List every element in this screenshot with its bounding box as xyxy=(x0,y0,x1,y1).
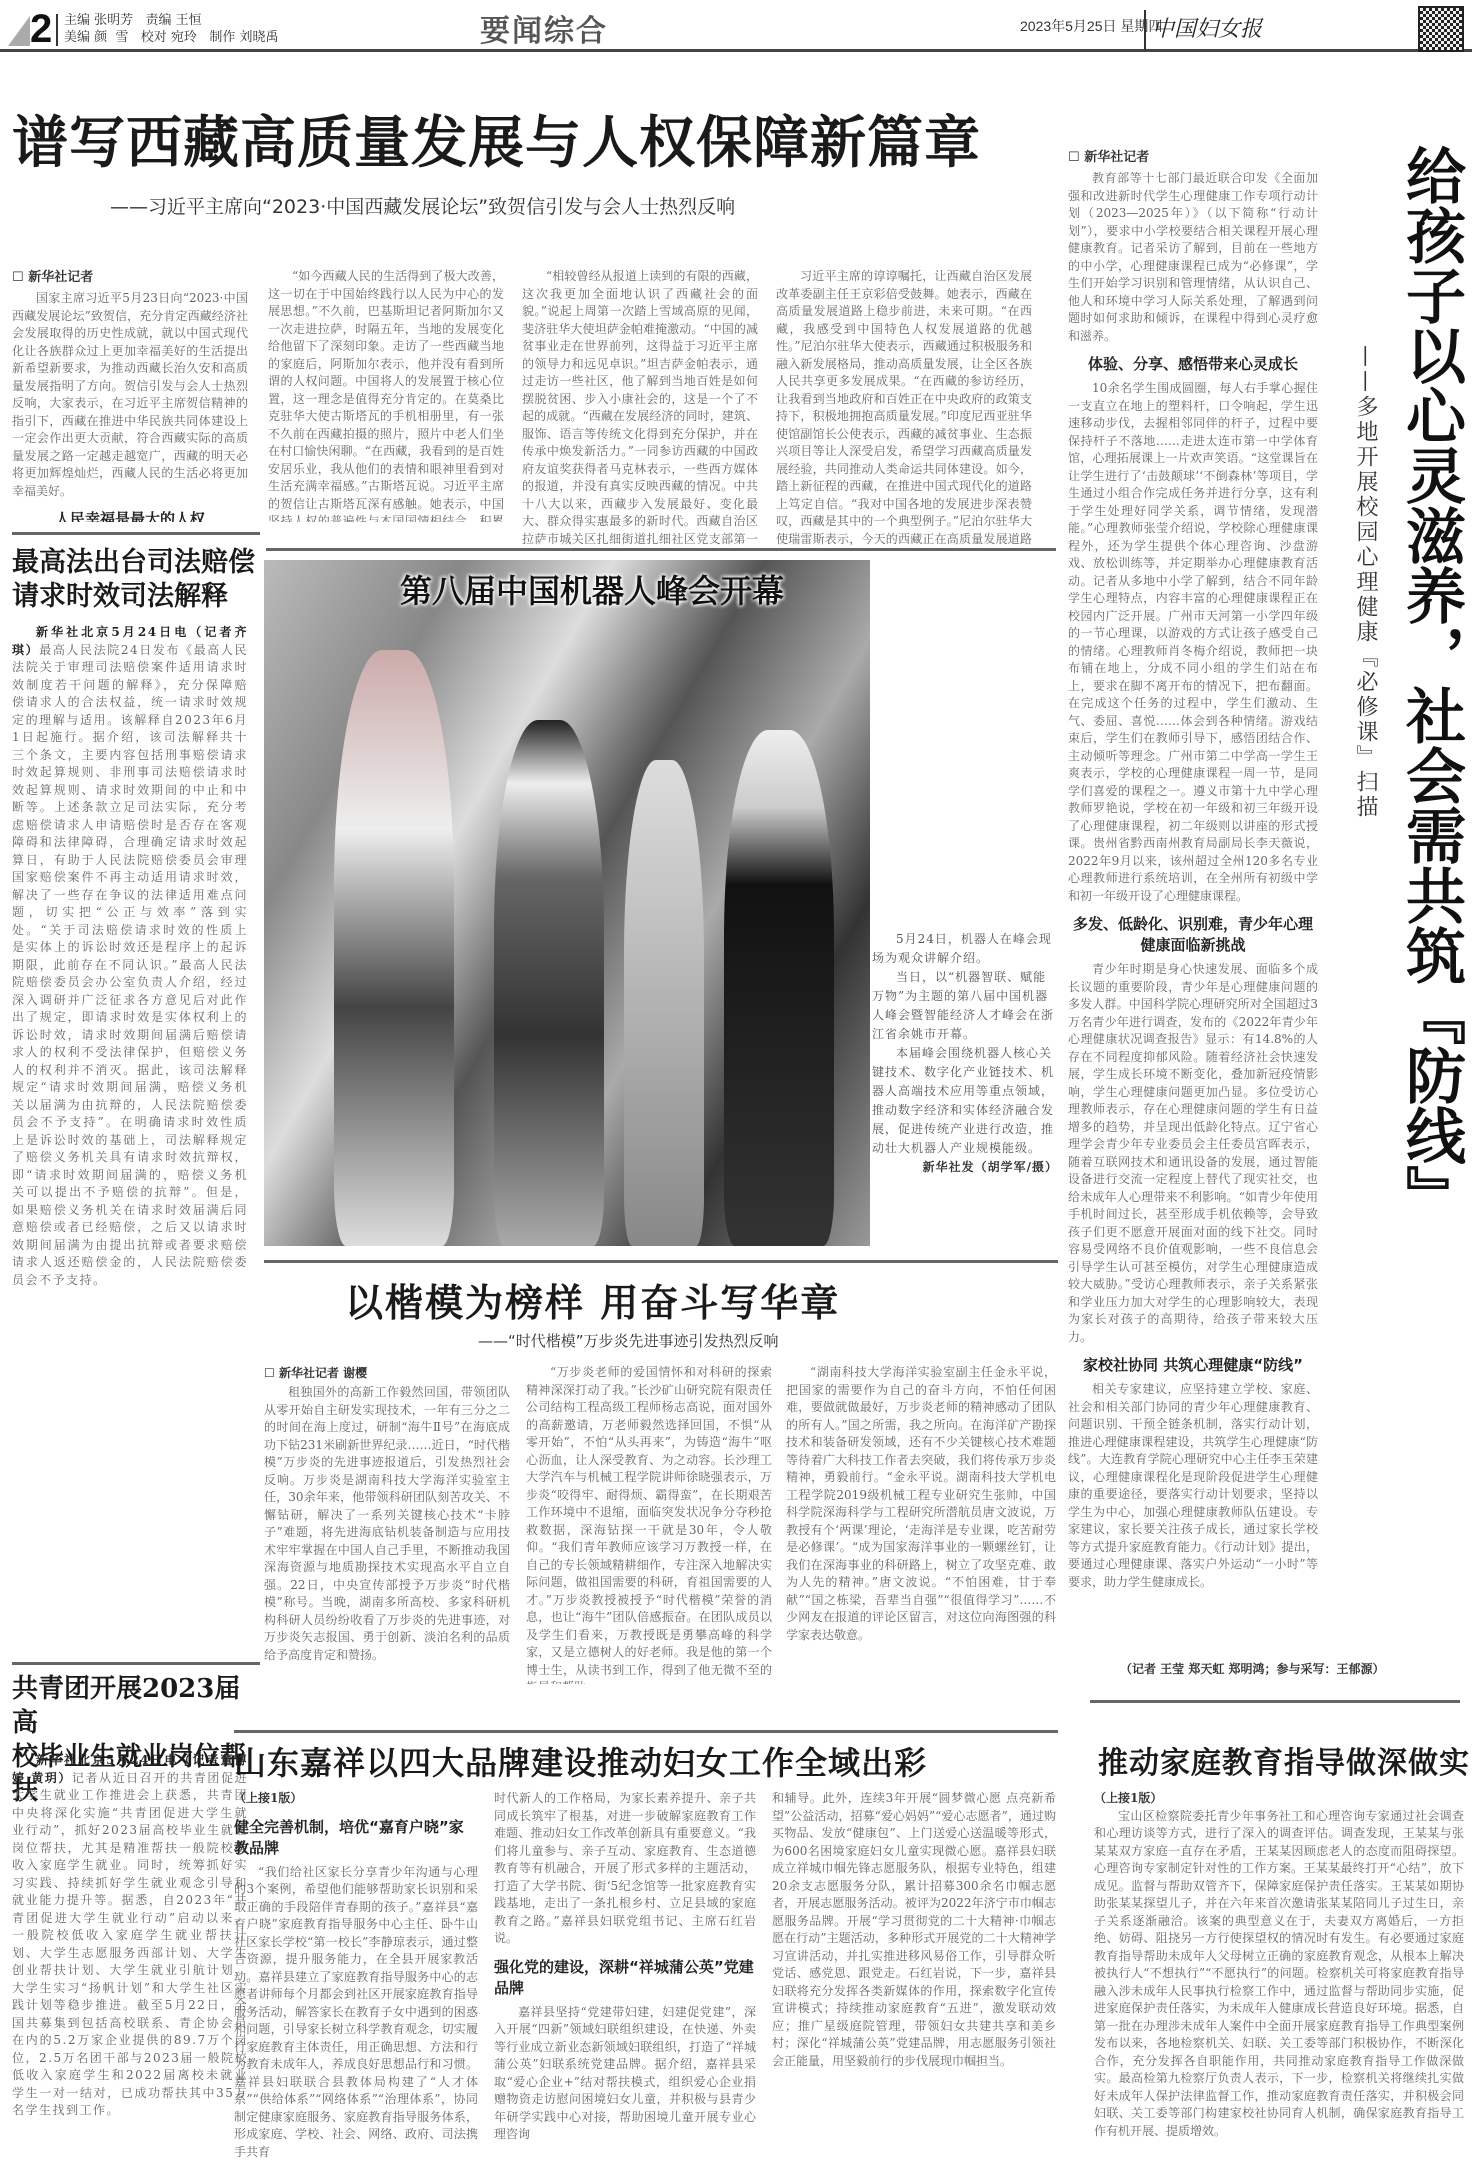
court-headline: 最高法出台司法赔偿请求时效司法解释 xyxy=(12,546,260,614)
lead-column-4: 习近平主席的谆谆嘱托，让西藏自治区发展改革委副主任王京彩倍受鼓舞。她表示，西藏在… xyxy=(776,268,1032,546)
side-vertical-headline: 给孩子以心灵滋养，社会需共筑『防线』 xyxy=(1400,145,1462,1245)
family-story-body: （上接1版） 宝山区检察院委托青少年事务社工和心理咨询专家通过社会调查和心理访谈… xyxy=(1094,1790,1464,2160)
model-column-1: 租独国外的高新工作毅然回国，带领团队从零开始自主研发实现技术，一年有三分之二的时… xyxy=(264,1384,510,1684)
robot-photo-caption: 5月24日，机器人在峰会现场为观众讲解介绍。 当日，以“机器智联、赋能万物”为主… xyxy=(872,930,1058,1177)
youth-story-body: 新华社北京5月24日电（记者董博婷 黄玥）记者从近日召开的共青团促进大学生就业工… xyxy=(12,1752,248,2156)
side-byline: ☐ 新华社记者 xyxy=(1068,146,1149,165)
jiaxiang-column-2: 时代新人的工作格局，为家长素养提升、亲子共同成长筑牢了根基，对进一步破解家庭教育… xyxy=(494,1790,756,2160)
side-credits: （记者 王莹 郑天虹 郑明鸿；参与采写：王郁源） xyxy=(1120,1660,1385,1677)
lead-headline: 谱写西藏高质量发展与人权保障新篇章 xyxy=(12,108,1062,178)
visitor-figure xyxy=(724,730,834,1246)
side-vertical-subheadline: ——多地开展校园心理健康『必修课』扫描 xyxy=(1350,345,1381,825)
model-subheadline: ——“时代楷模”万步炎先进事迹引发热烈反响 xyxy=(478,1330,779,1351)
divider xyxy=(12,532,260,535)
jiaxiang-column-1: （上接1版） 健全完善机制，培优“嘉育户晓”家教品牌 “我们给社区家长分享青少年… xyxy=(234,1790,478,2160)
divider xyxy=(266,548,1056,551)
lead-subheadline: ——习近平主席向“2023·中国西藏发展论坛”致贺信引发与会人士热烈反响 xyxy=(110,192,1010,219)
lead-column-1: 国家主席习近平5月23日向“2023·中国西藏发展论坛”致贺信，充分肯定西藏经济… xyxy=(12,290,248,522)
robot-summit-photo xyxy=(264,560,870,1246)
model-column-2: “万步炎老师的爱国情怀和对科研的探索精神深深打动了我。”长沙矿山研究院有限责任公… xyxy=(526,1364,772,1684)
visitor-figure xyxy=(624,760,704,1246)
visitor-figure xyxy=(494,720,604,1246)
model-column-3: “湖南科技大学海洋实验室副主任金永平说，把国家的需要作为自己的奋斗方向，不怕任何… xyxy=(786,1364,1056,1684)
qr-code-icon[interactable] xyxy=(1418,6,1464,52)
model-headline: 以楷模为榜样 用奋斗写华章 xyxy=(345,1272,840,1327)
robot-figure xyxy=(334,650,454,1246)
divider xyxy=(56,14,58,46)
masthead: 2 主编 张明芳 责编 王恒美编 颜 雪 校对 宛玲 制作 刘晓禹 要闻综合 2… xyxy=(0,0,1472,52)
staff-credits: 主编 张明芳 责编 王恒美编 颜 雪 校对 宛玲 制作 刘晓禹 xyxy=(64,12,278,46)
jiaxiang-column-3: 和辅导。此外，连续3年开展“圆梦微心愿 点亮新希望”公益活动，招募“爱心妈妈”“… xyxy=(772,1790,1056,2160)
lead-column-3: “相较曾经从报道上读到的有限的西藏，这次我更加全面地认识了西藏社会的面貌。”说起… xyxy=(522,268,758,546)
lead-byline: ☐ 新华社记者 xyxy=(12,266,93,285)
divider xyxy=(1144,10,1146,50)
issue-date: 2023年5月25日 星期四 xyxy=(1020,16,1162,36)
robot-photo-headline: 第八届中国机器人峰会开幕 xyxy=(400,566,784,612)
side-story-body: 教育部等十七部门最近联合印发《全面加强和改进新时代学生心理健康工作专项行动计划（… xyxy=(1068,170,1318,1650)
lead-column-2: “如今西藏人民的生活得到了极大改善，这一切在于中国始终践行以人民为中心的发展思想… xyxy=(268,268,504,522)
court-story-body: 新华社北京5月24日电（记者齐琪）最高人民法院24日发布《最高人民法院关于审理司… xyxy=(12,624,248,1644)
family-headline: 推动家庭教育指导做深做实 xyxy=(1098,1738,1470,1782)
divider xyxy=(12,1662,260,1665)
jiaxiang-headline: 山东嘉祥以四大品牌建设推动妇女工作全域出彩 xyxy=(234,1738,927,1784)
divider xyxy=(1090,1700,1460,1703)
model-byline: ☐ 新华社记者 谢樱 xyxy=(264,1364,367,1381)
page-tab-decoration xyxy=(8,16,30,46)
page-number: 2 xyxy=(30,8,52,50)
divider xyxy=(234,1730,1058,1733)
divider xyxy=(264,1260,1058,1263)
section-title: 要闻综合 xyxy=(480,6,608,50)
photo-credit: 新华社发（胡学军/摄） xyxy=(872,1158,1058,1177)
newspaper-logo: 中国妇女报 xyxy=(1152,12,1262,43)
